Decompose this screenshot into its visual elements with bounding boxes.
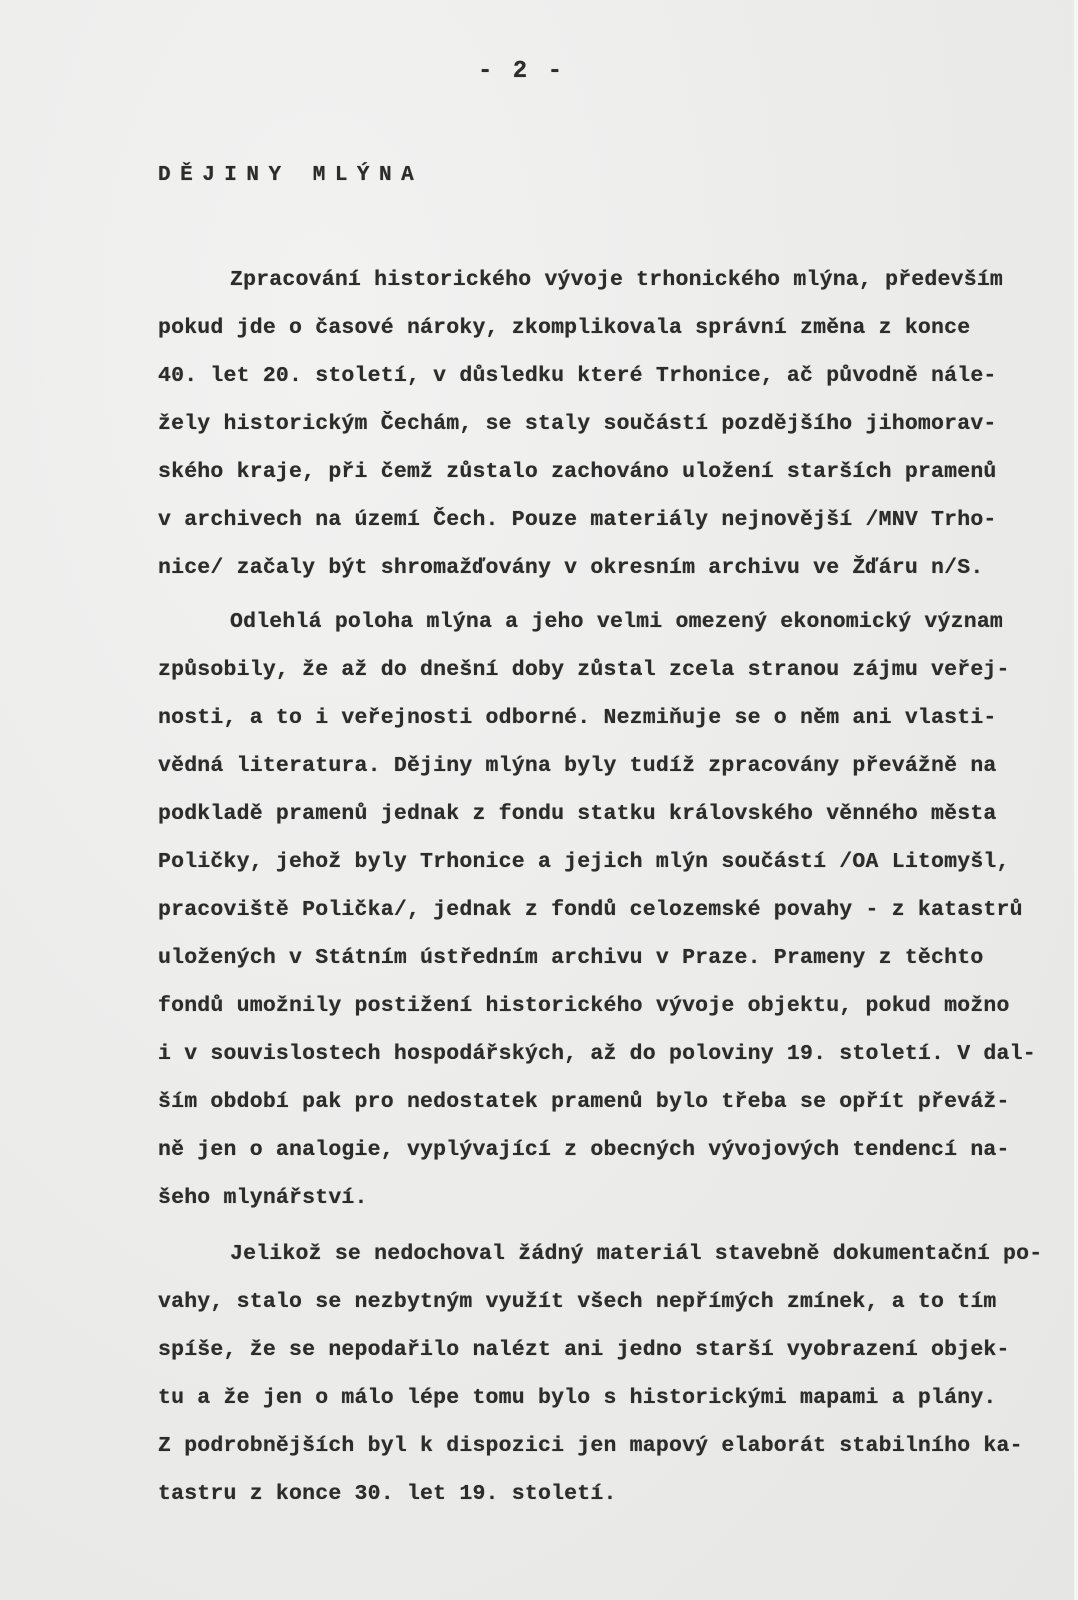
paragraph-3-line: tastru z konce 30. let 19. století. <box>158 1482 617 1506</box>
page-title: DĚJINY MLÝNA <box>158 164 423 187</box>
paragraph-1-line: žely historickým Čechám, se staly součás… <box>158 412 997 436</box>
paragraph-2-line: ším období pak pro nedostatek pramenů by… <box>158 1090 1010 1114</box>
paragraph-2-line: Poličky, jehož byly Trhonice a jejich ml… <box>158 850 1010 874</box>
paragraph-3-line: vahy, stalo se nezbytným využít všech ne… <box>158 1290 997 1314</box>
paragraph-2-line: způsobily, že až do dnešní doby zůstal z… <box>158 658 1010 682</box>
scanned-page: - 2 - DĚJINY MLÝNA Zpracování historické… <box>0 0 1076 1600</box>
paragraph-1-line: pokud jde o časové nároky, zkomplikovala… <box>158 316 970 340</box>
paragraph-2-line: fondů umožnily postižení historického vý… <box>158 994 1010 1018</box>
paragraph-2-line: ně jen o analogie, vyplývající z obecnýc… <box>158 1138 1010 1162</box>
paragraph-2-line: i v souvislostech hospodářských, až do p… <box>158 1042 1036 1066</box>
paragraph-2-line: Odlehlá poloha mlýna a jeho velmi omezen… <box>230 610 1003 634</box>
paragraph-2-line: podkladě pramenů jednak z fondu statku k… <box>158 802 997 826</box>
paragraph-3-line: Z podrobnějších byl k dispozici jen mapo… <box>158 1434 1023 1458</box>
paragraph-1-line: ského kraje, při čemž zůstalo zachováno … <box>158 460 997 484</box>
paragraph-3-line: spíše, že se nepodařilo nalézt ani jedno… <box>158 1338 1010 1362</box>
paragraph-2-line: šeho mlynářství. <box>158 1186 368 1210</box>
paragraph-2-line: pracoviště Polička/, jednak z fondů celo… <box>158 898 1023 922</box>
paragraph-3-line: tu a že jen o málo lépe tomu bylo s hist… <box>158 1386 997 1410</box>
paragraph-3-line: Jelikož se nedochoval žádný materiál sta… <box>230 1242 1042 1266</box>
paragraph-1-line: 40. let 20. století, v důsledku které Tr… <box>158 364 997 388</box>
page-number: - 2 - <box>478 58 565 85</box>
paragraph-1-line: Zpracování historického vývoje trhonické… <box>230 268 1003 292</box>
paragraph-1-line: v archivech na území Čech. Pouze materiá… <box>158 508 997 532</box>
paragraph-2-line: uložených v Státním ústředním archivu v … <box>158 946 983 970</box>
page-edge <box>1074 0 1078 1600</box>
paragraph-2-line: vědná literatura. Dějiny mlýna byly tudí… <box>158 754 997 778</box>
paragraph-1-line: nice/ začaly být shromažďovány v okresní… <box>158 556 983 580</box>
paragraph-2-line: nosti, a to i veřejnosti odborné. Nezmiň… <box>158 706 997 730</box>
